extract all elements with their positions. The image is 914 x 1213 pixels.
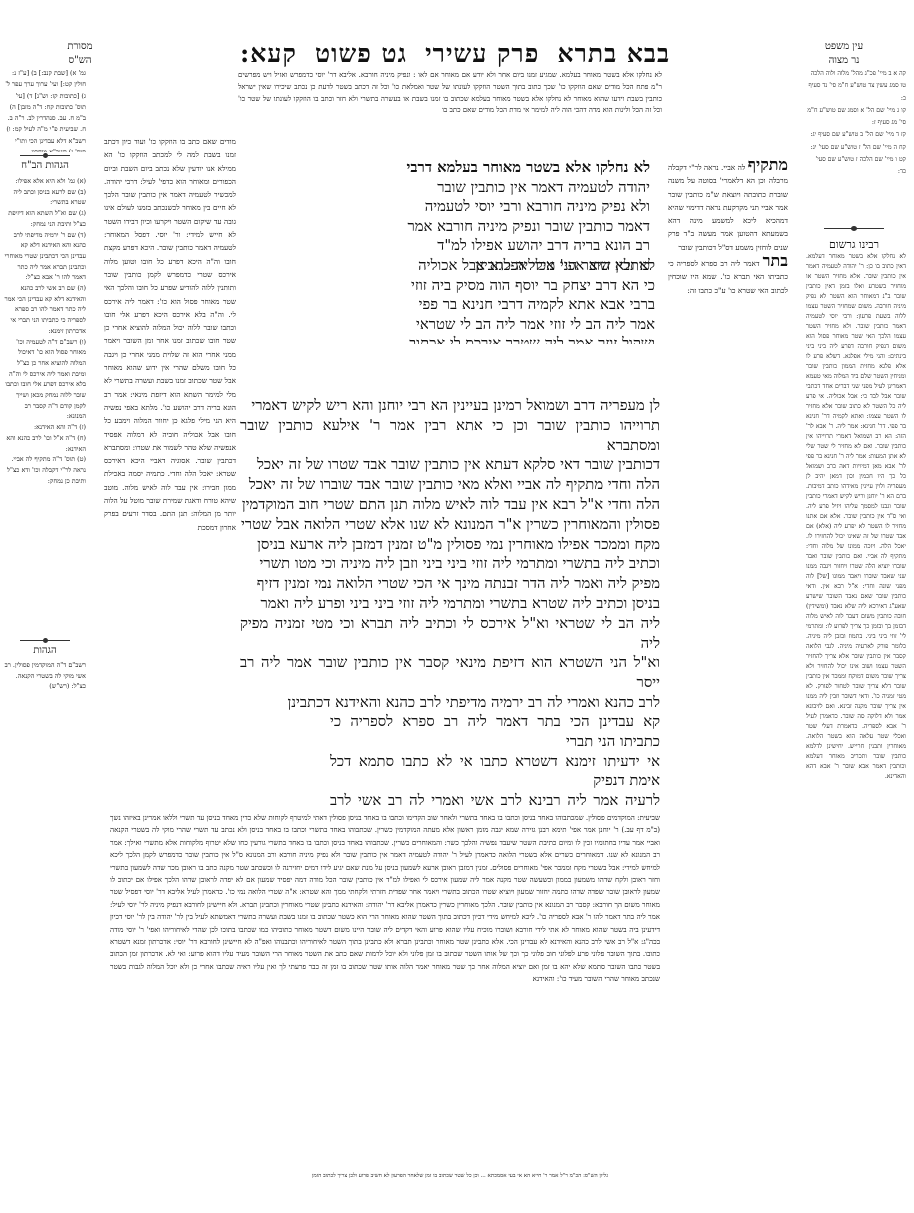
gemara-line: הלה וחדי א"ל רבא אין עבד לוה לאיש מלוה ת… (240, 495, 660, 515)
gemara-line: יהודה לטעמיה דאמר אין כותבין שובר (380, 178, 650, 198)
rashi-left-column: מודים שאם כתב בו הוזקקו כו' ועוד כיון דכ… (104, 135, 236, 795)
tosafot-heading-matkif: מתקיף (748, 158, 788, 174)
ein-mishpat-title: עין משפט נר מצוה (794, 40, 894, 68)
bottom-footnote: גליון הש"ס: הכ"מ ר"ל אמר ר' חייא הא אי ב… (140, 1172, 780, 1196)
folio-number: קעא: (240, 39, 297, 69)
gemara-line: ולא נפיק מיניה חורבא ורבי יוסי לטעמיה (380, 197, 650, 217)
gemara-line: ליה הב לי שטראי וא"ל אירכס לי וכתיב ליה … (240, 614, 660, 654)
rashi-top-text: לא נחלקו אלא בשטר מאוחר בעלמא. שמגיע זמנ… (238, 70, 662, 156)
chapter-name: פרק עשירי (425, 39, 539, 69)
ein-mishpat-title-line2: נר מצוה (794, 54, 894, 68)
gemara-line: אמר ליה הב לי זוזי אמר ליה הב לי שטראי (355, 315, 655, 335)
gemara-line: פסולין והמאוחרין כשרין א"ר המנונא לא שנו… (240, 515, 660, 535)
rashbam-bottom: שביעית: המוקדמים פסולין. שמכתבוהו באחד ב… (110, 812, 660, 1172)
section-name: גט פשוט (315, 39, 407, 69)
masoret-hashas-column: גמ' א) [שבת קנב:] ב) [ע"ז נ: חולין קט:] … (4, 68, 86, 152)
gemara-text-end: קא עבדינן הכי בתר דאמר ליה רב ספרא לספרי… (330, 712, 660, 812)
gemara-line: קא עבדינן הכי בתר דאמר ליה רב ספרא לספרי… (330, 712, 660, 752)
page-header: בבא בתרא פרק עשירי גט פשוט קעא: (240, 34, 670, 74)
gemara-line: מפיק ליה ואמר ליה הדר זבנתה מינך אי הכי … (240, 574, 660, 594)
ein-mishpat-entry: קו ג מיי' שם הל' א וסמג שם טוש"ע ח"מ סי'… (806, 105, 906, 130)
hagahot-title: הגהות (4, 645, 86, 656)
gemara-line: מקח וממכר אפילו מאוחרין נמי פסולין מ"ט ז… (240, 535, 660, 555)
masoret-title-line2: הש"ס (30, 54, 130, 68)
ein-mishpat-entry: קז ד מיי' שם הל' ב טוש"ע שם סעיף יג: (806, 129, 906, 141)
ein-mishpat-entry: קח ה מיי' שם הל' ז טוש"ע שם סעי' יג: (806, 142, 906, 154)
hagahot-entry: (ח) ד"ה א"ל וכו' לרב כהנא והא האידנא: (4, 433, 86, 454)
hagahot-entry: (ג) שם וא"ל השתא הוא דיזיפת כצ"ל ותיבת ה… (4, 208, 86, 229)
gemara-text-wide: לן מעפריה דרב ושמואל רמינן בעיינין הא רב… (240, 396, 660, 711)
rabbenu-gershom-title: רבינו גרשום (804, 238, 904, 251)
masoret-title: מסורת הש"ס (30, 40, 130, 68)
rabbenu-gershom-text: לא נחלקו אלא בשטר מאוחר דעלמא. דאין כתוב… (806, 252, 906, 1182)
gemara-line: תרוייהו כותבין שובר וכן כי אתא רבין אמר … (240, 416, 660, 456)
gemara-line: אי ידעיתו זימנא דשטרא כתבו אי לא כתבו סת… (330, 752, 660, 792)
gemara-line: הלה וחדי מתקיף לה אביי ואלא מאי כותבין ש… (240, 475, 660, 495)
hagahot-habach-title: הגהות הב"ח (4, 160, 86, 171)
ein-mishpat-column: קה א ב מיי' פכ"ג מהל' מלוה ולוה הלכה טו … (806, 68, 906, 228)
gemara-line: וא"ל הני השטרא הוא דזיפת מינאי קסבר אין … (240, 653, 660, 693)
ein-mishpat-entry: קה א ב מיי' פכ"ג מהל' מלוה ולוה הלכה טו … (806, 68, 906, 105)
gemara-line: לרעיה אמר ליה רבינא לרב אשי ואמרי לה רב … (330, 791, 660, 812)
gemara-line: ברבי אבא אתא לקמיה דרבי חנינא בר פפי (355, 295, 655, 315)
hagahot-entry: (ה) שם רב אשי לרב כהנא והאידנא דלא קא עב… (4, 283, 86, 337)
gemara-line: כי הא דרב יצחק בר יוסף הוה מסיק ביה זוזי (355, 276, 655, 296)
hagahot-habach-column: (א) גמ' ולא היא אלא אפילו: (ב) שם לרעא ב… (4, 176, 86, 636)
gemara-line: רב הונא בריה דרב יהושע אפילו למ"ד (380, 236, 650, 256)
gemara-line: לא ולא היא אפי' אכוליה כתבינן (355, 256, 655, 276)
hagahot-entry: (ב) שם לרעא בניסן וכתב ליה שטרא בתשרי: (4, 187, 86, 208)
gemara-line: לרב כהנא ואמרי לה רב ירמיה מדיפתי לרב כה… (240, 693, 660, 711)
ornament-divider (20, 155, 70, 156)
gemara-line: דכותבין שובר דאי סלקא דעתא אין כותבין שו… (240, 455, 660, 475)
gemara-line: וכתיב ליה בתשרי ומתרמי ליה זוזי ביני בינ… (240, 554, 660, 574)
gemara-line: בניסן וכתיב ליה שטרא בתשרי ומתרמי ליה זו… (240, 594, 660, 614)
tosafot-right-inner: מתקיף לה אביי. נראה לר"י דקבלה מרבלה וכן… (668, 158, 788, 358)
hagahot-entry: (ד) שם ר' ירמיה מדיפתי לרב כהנא והא האיד… (4, 230, 86, 284)
ornament-divider (20, 640, 70, 641)
ein-mishpat-title-line1: עין משפט (794, 40, 894, 54)
tosafot-heading-batar: בתר (763, 251, 788, 270)
tractate-name: בבא בתרא (558, 39, 670, 69)
hagahot-entry: (ז) ד"ה והא האידנא: (4, 422, 86, 433)
hagahot-entry: (ט) תוס' ד"ה מתקיף לה אביי. נראה לר"י דק… (4, 454, 86, 486)
hagahot-entry: (ו) רשב"ם ד"ה לטעמיה וכו' מאוחר פסול הוא… (4, 337, 86, 423)
masoret-title-line1: מסורת (30, 40, 130, 54)
ornament-divider (824, 228, 884, 229)
hagahot-text: רשב"ם ד"ה המוקדמין פסולין. רב אשי מוקי ל… (4, 660, 86, 720)
gemara-line: לן מעפריה דרב ושמואל רמינן בעיינין הא רב… (240, 396, 660, 416)
tosafot-matkif-text: לה אביי. נראה לר"י דקבלה מרבלה וכן הא דל… (668, 163, 788, 252)
talmud-page: בבא בתרא פרק עשירי גט פשוט קעא: עין משפט… (0, 0, 914, 1213)
gemara-opening: לא נחלקו אלא בשטר מאוחר בעלמא דרבי (380, 158, 650, 178)
hagahot-entry: (א) גמ' ולא היא אלא אפילו: (4, 176, 86, 187)
gemara-line: ושקול זוזך אמר ליה שטרך אירכס לי אכתוב (355, 334, 655, 344)
gemara-line: דאמר כותבין שובר ונפיק מיניה חורבא אמר (380, 217, 650, 237)
ein-mishpat-entry: קט ו מיי' שם הלכה ז טוש"ע שם סעי' כד: (806, 154, 906, 179)
gemara-text-middle: לא ולא היא אפי' אכוליה כתבינן כי הא דרב … (355, 256, 655, 344)
